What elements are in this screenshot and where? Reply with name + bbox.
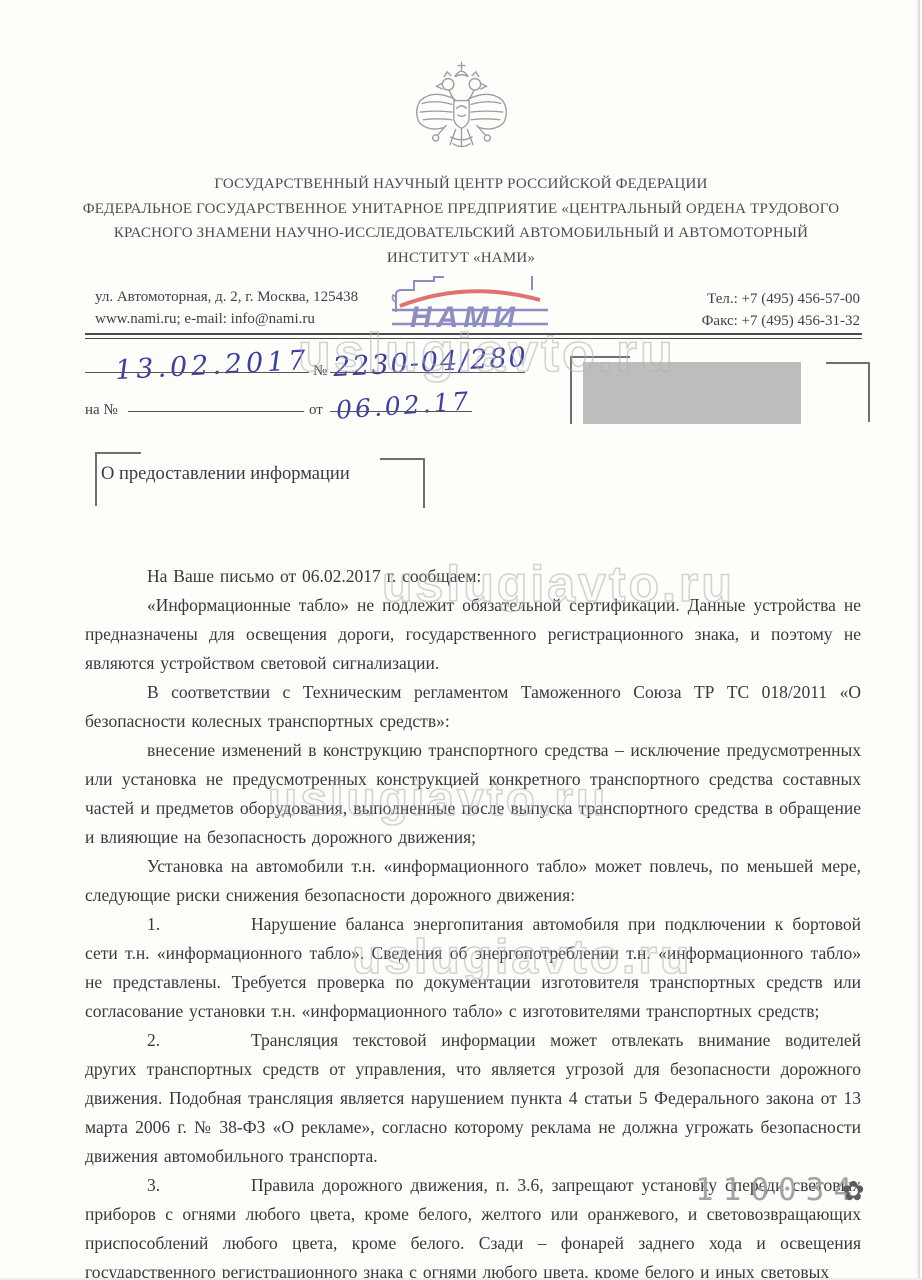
web-email-address: www.nami.ru; e-mail: info@nami.ru	[95, 308, 358, 330]
flower-stamp-icon: ✿	[842, 1176, 865, 1207]
coat-of-arms-icon	[404, 58, 519, 170]
recipient-corner-mark	[826, 362, 870, 422]
scan-edge-artifact	[917, 0, 920, 1280]
org-header-line: ГОСУДАРСТВЕННЫЙ НАУЧНЫЙ ЦЕНТР РОССИЙСКОЙ…	[60, 172, 862, 197]
paragraph: «Информационные табло» не подлежит обяза…	[85, 591, 861, 678]
org-header-line: КРАСНОГО ЗНАМЕНИ НАУЧНО-ИССЛЕДОВАТЕЛЬСКИ…	[60, 221, 862, 246]
fax-line: Факс: +7 (495) 456-31-32	[702, 310, 860, 332]
handwritten-incoming-date: 06.02.17	[335, 386, 472, 424]
phone-line: Тел.: +7 (495) 456-57-00	[702, 288, 860, 310]
postal-address: ул. Автомоторная, д. 2, г. Москва, 12543…	[95, 286, 358, 308]
paragraph: внесение изменений в конструкцию транспо…	[85, 736, 861, 852]
handwritten-outgoing-date: 13.02.2017	[114, 345, 310, 386]
list-number: 1.	[147, 910, 251, 939]
nami-logo: НАМИ	[382, 272, 562, 336]
organization-header: ГОСУДАРСТВЕННЫЙ НАУЧНЫЙ ЦЕНТР РОССИЙСКОЙ…	[60, 172, 862, 270]
scan-page-number: 110034	[695, 1172, 861, 1208]
redacted-recipient-box	[583, 362, 801, 424]
paragraph: В соответствии с Техническим регламентом…	[85, 678, 861, 736]
incoming-date-line	[330, 411, 472, 412]
list-number: 3.	[147, 1171, 251, 1200]
list-number: 2.	[147, 1026, 251, 1055]
numbered-paragraph: 2.Трансляция текстовой информации может …	[85, 1026, 861, 1171]
subject-corner-mark	[380, 458, 425, 508]
handwritten-outgoing-number: 2230-04/280	[332, 342, 528, 383]
numbered-paragraph: 1.Нарушение баланса энергопитания автомо…	[85, 910, 861, 1026]
letter-subject: О предоставлении информации	[101, 464, 350, 485]
org-header-line: ИНСТИТУТ «НАМИ»	[60, 246, 862, 271]
outgoing-number-line	[330, 372, 525, 373]
phone-fax-block: Тел.: +7 (495) 456-57-00 Факс: +7 (495) …	[702, 288, 860, 332]
incoming-number-line	[128, 411, 304, 412]
org-header-line: ФЕДЕРАЛЬНОЕ ГОСУДАРСТВЕННОЕ УНИТАРНОЕ ПР…	[60, 197, 862, 222]
paragraph: Установка на автомобили т.н. «информацио…	[85, 852, 861, 910]
address-block: ул. Автомоторная, д. 2, г. Москва, 12543…	[95, 286, 358, 330]
number-sign: №	[313, 363, 327, 380]
scanned-letter-page: ГОСУДАРСТВЕННЫЙ НАУЧНЫЙ ЦЕНТР РОССИЙСКОЙ…	[0, 0, 922, 1280]
from-label: от	[309, 402, 323, 419]
outgoing-date-line	[85, 372, 309, 373]
incoming-number-label: на №	[85, 402, 118, 419]
logo-text: НАМИ	[410, 301, 520, 334]
paragraph: На Ваше письмо от 06.02.2017 г. сообщаем…	[85, 562, 861, 591]
letterhead-divider	[85, 333, 862, 339]
